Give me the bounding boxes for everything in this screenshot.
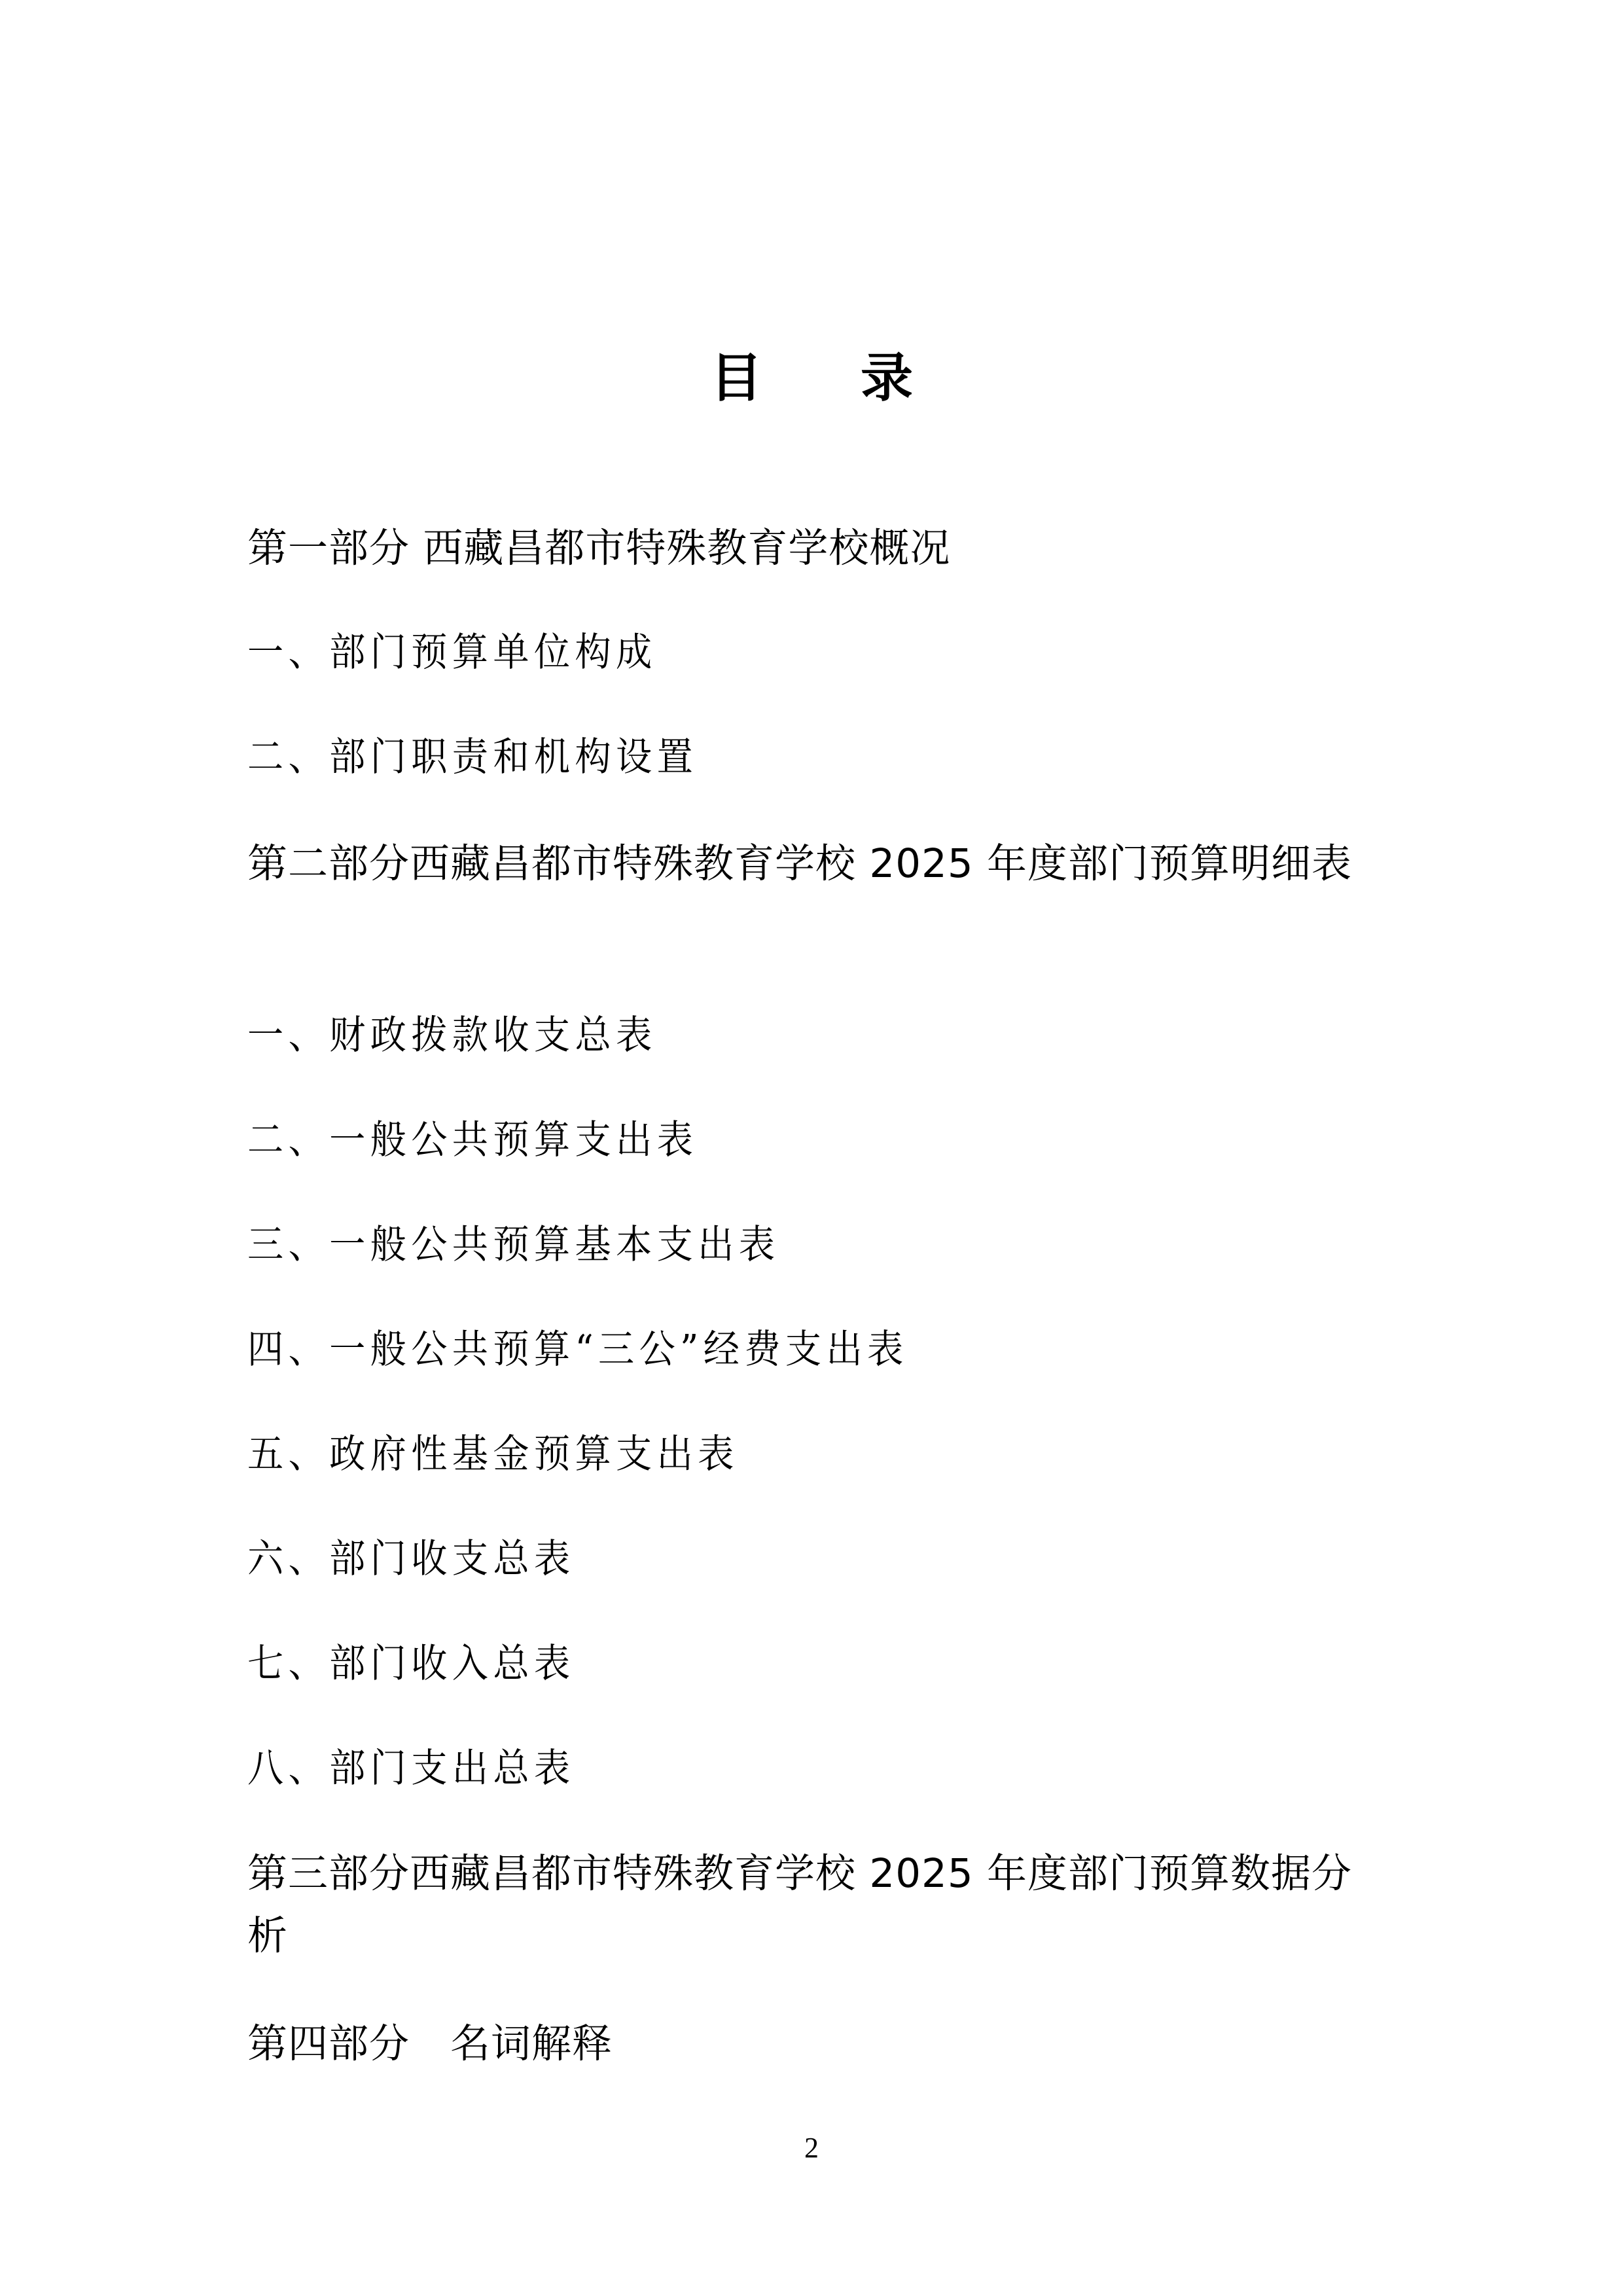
title-char-1: 目 bbox=[710, 347, 762, 408]
toc-part-2-item-4[interactable]: 四、一般公共预算“三公”经费支出表 bbox=[247, 1319, 1295, 1381]
toc-part-2-item-8[interactable]: 八、部门支出总表 bbox=[247, 1738, 1295, 1800]
page-title: 目录 bbox=[0, 342, 1623, 414]
toc-part-2-item-7[interactable]: 七、部门收入总表 bbox=[247, 1633, 1295, 1695]
toc-part-2-item-3[interactable]: 三、一般公共预算基本支出表 bbox=[247, 1214, 1295, 1276]
page-number: 2 bbox=[0, 2128, 1623, 2168]
toc-part-2-item-5[interactable]: 五、政府性基金预算支出表 bbox=[247, 1424, 1295, 1486]
toc-part-4[interactable]: 第四部分 名词解释 bbox=[247, 2013, 1386, 2075]
toc-part-2-item-6[interactable]: 六、部门收支总表 bbox=[247, 1528, 1295, 1590]
toc-part-1-item-2[interactable]: 二、部门职责和机构设置 bbox=[247, 726, 1295, 789]
document-page: 目录 第一部分 西藏昌都市特殊教育学校概况 一、部门预算单位构成 二、部门职责和… bbox=[0, 0, 1623, 2296]
toc-part-2-item-2[interactable]: 二、一般公共预算支出表 bbox=[247, 1109, 1295, 1172]
title-char-2: 录 bbox=[861, 347, 913, 408]
toc-part-3[interactable]: 第三部分西藏昌都市特殊教育学校 2025 年度部门预算数据分析 bbox=[247, 1842, 1386, 1967]
toc-part-2-item-1[interactable]: 一、财政拨款收支总表 bbox=[247, 1005, 1295, 1067]
toc-part-1[interactable]: 第一部分 西藏昌都市特殊教育学校概况 bbox=[247, 517, 1386, 579]
toc-part-1-item-1[interactable]: 一、部门预算单位构成 bbox=[247, 622, 1295, 684]
toc-part-2[interactable]: 第二部分西藏昌都市特殊教育学校 2025 年度部门预算明细表 bbox=[247, 833, 1386, 895]
